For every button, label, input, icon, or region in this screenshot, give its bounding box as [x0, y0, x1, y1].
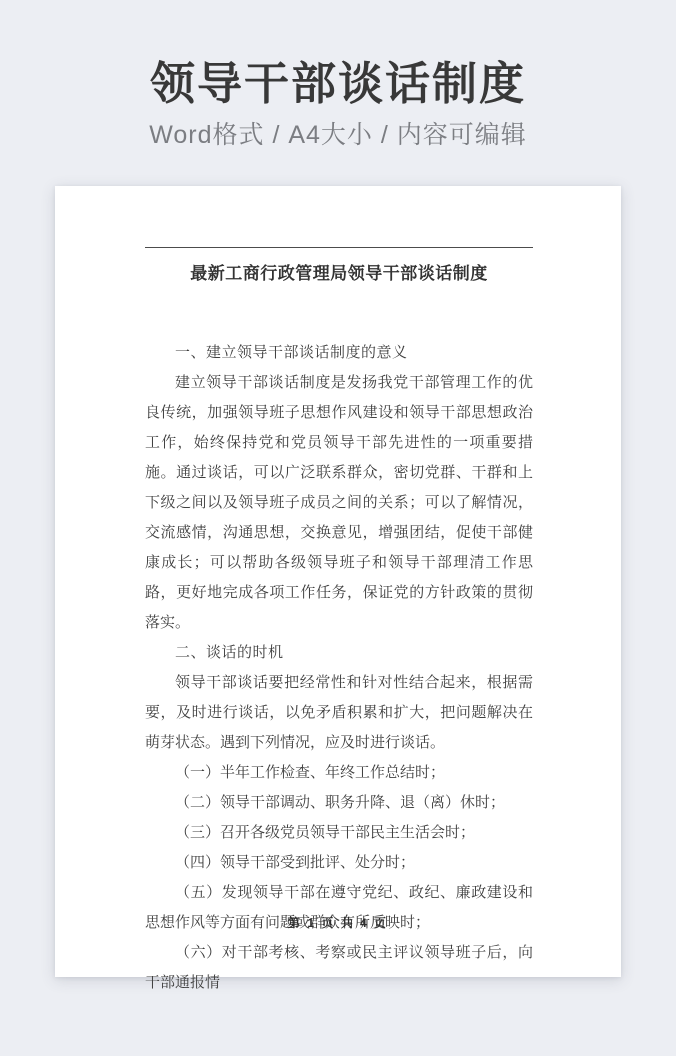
doc-content: 最新工商行政管理局领导干部谈话制度 一、建立领导干部谈话制度的意义建立领导干部谈…: [55, 247, 621, 998]
doc-paragraph: （三）召开各级党员领导干部民主生活会时；: [145, 818, 533, 848]
doc-header-divider: [145, 247, 533, 248]
doc-paragraph: 建立领导干部谈话制度是发扬我党干部管理工作的优良传统，加强领导班子思想作风建设和…: [145, 368, 533, 638]
doc-title: 最新工商行政管理局领导干部谈话制度: [145, 263, 533, 285]
doc-paragraph: （一）半年工作检查、年终工作总结时；: [145, 758, 533, 788]
page-title: 领导干部谈话制度: [0, 56, 676, 112]
doc-paragraph: 二、谈话的时机: [145, 638, 533, 668]
doc-footer-page-number: 第 1 页 共 4 页: [55, 914, 621, 931]
hero-header: 领导干部谈话制度 Word格式 / A4大小 / 内容可编辑: [0, 56, 676, 151]
template-preview-page: { "colors": { "canvas_background": "#ece…: [0, 0, 676, 1056]
doc-paragraph: （四）领导干部受到批评、处分时；: [145, 848, 533, 878]
doc-paragraph: （二）领导干部调动、职务升降、退（离）休时；: [145, 788, 533, 818]
doc-paragraph: 领导干部谈话要把经常性和针对性结合起来，根据需要，及时进行谈话，以免矛盾积累和扩…: [145, 668, 533, 758]
doc-paragraph: 一、建立领导干部谈话制度的意义: [145, 338, 533, 368]
page-subtitle: Word格式 / A4大小 / 内容可编辑: [0, 119, 676, 151]
doc-body: 一、建立领导干部谈话制度的意义建立领导干部谈话制度是发扬我党干部管理工作的优良传…: [145, 338, 533, 998]
a4-page-preview: 最新工商行政管理局领导干部谈话制度 一、建立领导干部谈话制度的意义建立领导干部谈…: [55, 186, 621, 977]
doc-paragraph: （六）对干部考核、考察或民主评议领导班子后，向干部通报情: [145, 938, 533, 998]
